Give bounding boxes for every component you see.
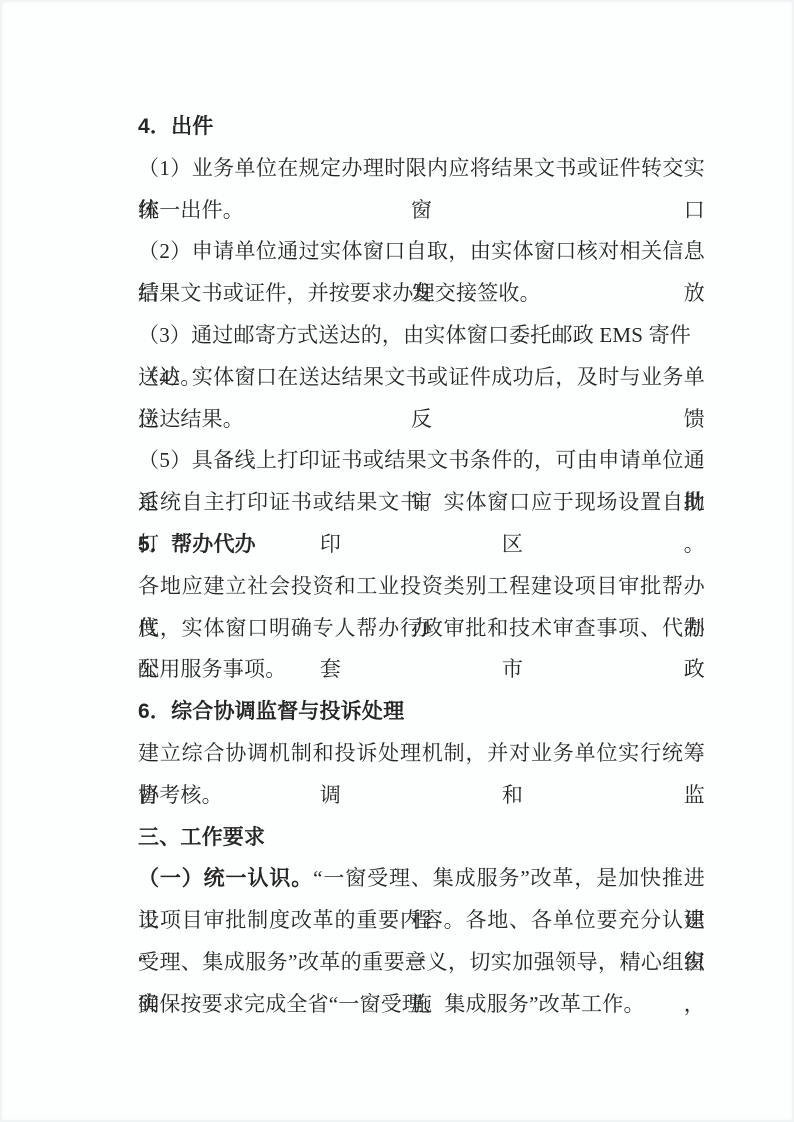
section-heading-3: 三、工作要求: [138, 817, 705, 859]
doc-line: 受理、集成服务”改革的重要意义，切实加强领导，精心组织实施，: [138, 942, 705, 984]
doc-line: 确保按要求完成全省“一窗受理、集成服务”改革工作。: [138, 984, 705, 1026]
doc-line: 系统自主打印证书或结果文书。实体窗口应于现场设置自助打印区。: [138, 482, 705, 524]
paragraph-lead-bold: （一）统一认识。: [138, 867, 313, 890]
doc-line: 度，实体窗口明确专人帮办行政审批和技术审查事项、代办配套市政: [138, 608, 705, 650]
doc-line: （2）申请单位通过实体窗口自取，由实体窗口核对相关信息后发放: [138, 231, 705, 273]
section-heading-6: 6．综合协调监督与投诉处理: [138, 691, 705, 733]
section-heading-4: 4．出件: [138, 106, 705, 148]
document-content: 4．出件 （1）业务单位在规定办理时限内应将结果文书或证件转交实体窗口 统一出件…: [138, 106, 705, 1026]
doc-line: 各地应建立社会投资和工业投资类别工程建设项目审批帮办代办制: [138, 566, 705, 608]
doc-line: （5）具备线上打印证书或结果文书条件的，可由申请单位通过审批: [138, 440, 705, 482]
doc-line: （1）业务单位在规定办理时限内应将结果文书或证件转交实体窗口: [138, 148, 705, 190]
doc-line-with-lead: （一）统一认识。“一窗受理、集成服务”改革，是加快推进工程建: [138, 858, 705, 900]
doc-line: 设项目审批制度改革的重要内容。各地、各单位要充分认识 “一窗: [138, 900, 705, 942]
scanned-document-page: 4．出件 （1）业务单位在规定办理时限内应将结果文书或证件转交实体窗口 统一出件…: [0, 0, 794, 1122]
doc-line: （4）实体窗口在送达结果文书或证件成功后，及时与业务单位反馈: [138, 357, 705, 399]
doc-line: 建立综合协调机制和投诉处理机制，并对业务单位实行统筹协调和监: [138, 733, 705, 775]
doc-line: （3）通过邮寄方式送达的，由实体窗口委托邮政 EMS 寄件送达。: [138, 315, 705, 357]
